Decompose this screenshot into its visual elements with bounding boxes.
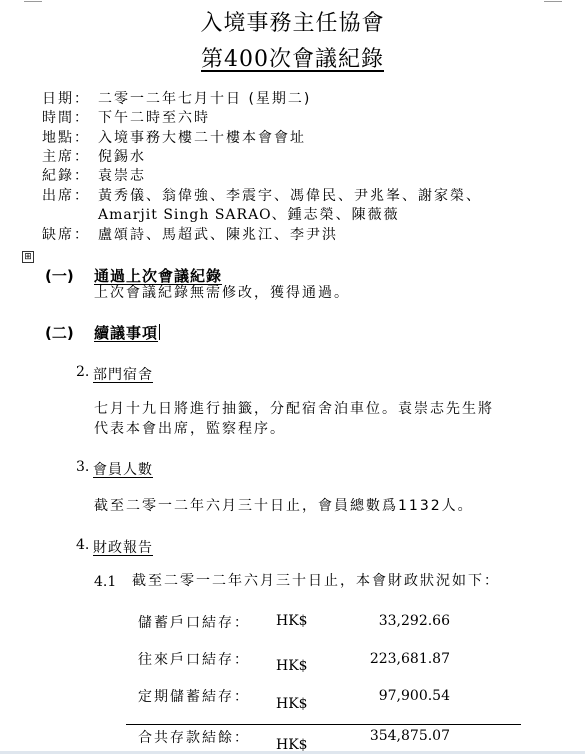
org-title: 入境事務主任協會: [0, 6, 585, 37]
meta-value: 袁崇志: [98, 168, 146, 184]
meta-value: 倪錫水: [98, 149, 146, 165]
meta-value: 、鍾志榮、陳薇薇: [272, 207, 400, 223]
item-4-title: 財政報告: [93, 537, 153, 557]
meta-value: 二零一二年七月十日 (星期二): [98, 91, 311, 107]
total-divider: [126, 724, 521, 725]
meta-label: 時間：: [42, 109, 98, 128]
meta-present-cont: Amarjit Singh SARAO、鍾志榮、陳薇薇: [98, 206, 400, 225]
finance-current-amount: 223,681.87: [350, 651, 450, 667]
finance-total-label: 合共存款結餘：: [138, 727, 250, 747]
item-4-number: 4.: [76, 537, 89, 553]
meta-date: 日期：二零一二年七月十日 (星期二): [42, 90, 311, 109]
meta-time: 時間：下午二時至六時: [42, 109, 210, 128]
finance-fixed-amount: 97,900.54: [350, 688, 450, 704]
item-2-text-line-1: 七月十九日將進行抽籤，分配宿舍泊車位。袁崇志先生將: [94, 398, 494, 420]
meta-value-english: Amarjit Singh SARAO: [98, 207, 272, 223]
meeting-title: 第400次會議紀錄: [0, 42, 585, 73]
item-3-text: 截至二零一二年六月三十日止，會員總數爲1132人。: [94, 495, 474, 517]
item-2-text-line-2: 代表本會出席，監察程序。: [94, 418, 286, 440]
finance-savings-label: 儲蓄戶口結存：: [138, 612, 250, 632]
meta-label: 地點：: [42, 129, 98, 148]
table-move-handle-icon[interactable]: ⊞: [22, 251, 34, 263]
margin-mark-right: [544, 1, 562, 2]
meta-value: 黃秀儀、翁偉強、李震宇、馮偉民、尹兆峯、謝家榮、: [98, 188, 482, 204]
meta-value: 下午二時至六時: [98, 110, 210, 126]
item-2-title: 部門宿舍: [93, 364, 153, 384]
meta-value: 盧頌詩、馬超武、陳兆江、李尹洪: [98, 227, 338, 243]
meta-label: 日期：: [42, 90, 98, 109]
meta-chair: 主席：倪錫水: [42, 148, 146, 167]
finance-fixed-label: 定期儲蓄結存：: [138, 686, 250, 706]
meta-absent: 缺席：盧頌詩、馬超武、陳兆江、李尹洪: [42, 226, 338, 245]
text-cursor: [159, 324, 160, 340]
finance-current-label: 往來戶口結存：: [138, 649, 250, 669]
meta-label: 出席：: [42, 187, 98, 206]
finance-total-amount: 354,875.07: [350, 728, 450, 744]
section-2-number: (二): [45, 322, 74, 343]
finance-current-currency: HK$: [276, 658, 308, 674]
section-1-text: 上次會議紀錄無需修改，獲得通過。: [94, 282, 350, 304]
item-2-number: 2.: [76, 364, 89, 380]
margin-mark-left: [24, 1, 42, 2]
finance-savings-currency: HK$: [276, 613, 308, 629]
section-2-title: 續議事項: [94, 324, 158, 342]
item-4-1-number: 4.1: [94, 574, 116, 590]
meta-recorder: 紀錄：袁崇志: [42, 167, 146, 186]
finance-fixed-currency: HK$: [276, 696, 308, 712]
item-3-number: 3.: [76, 459, 89, 475]
item-4-1-text: 截至二零一二年六月三十日止，本會財政狀況如下：: [132, 570, 500, 592]
finance-savings-amount: 33,292.66: [350, 613, 450, 629]
meta-venue: 地點：入境事務大樓二十樓本會會址: [42, 129, 306, 148]
section-2-heading: 續議事項: [94, 322, 160, 343]
meta-value: 入境事務大樓二十樓本會會址: [98, 130, 306, 146]
meta-label: 缺席：: [42, 226, 98, 245]
meta-present: 出席：黃秀儀、翁偉強、李震宇、馮偉民、尹兆峯、謝家榮、: [42, 187, 482, 206]
section-1-number: (一): [45, 265, 74, 286]
meta-label: 主席：: [42, 148, 98, 167]
meta-label: 紀錄：: [42, 167, 98, 186]
item-3-title: 會員人數: [93, 459, 153, 479]
